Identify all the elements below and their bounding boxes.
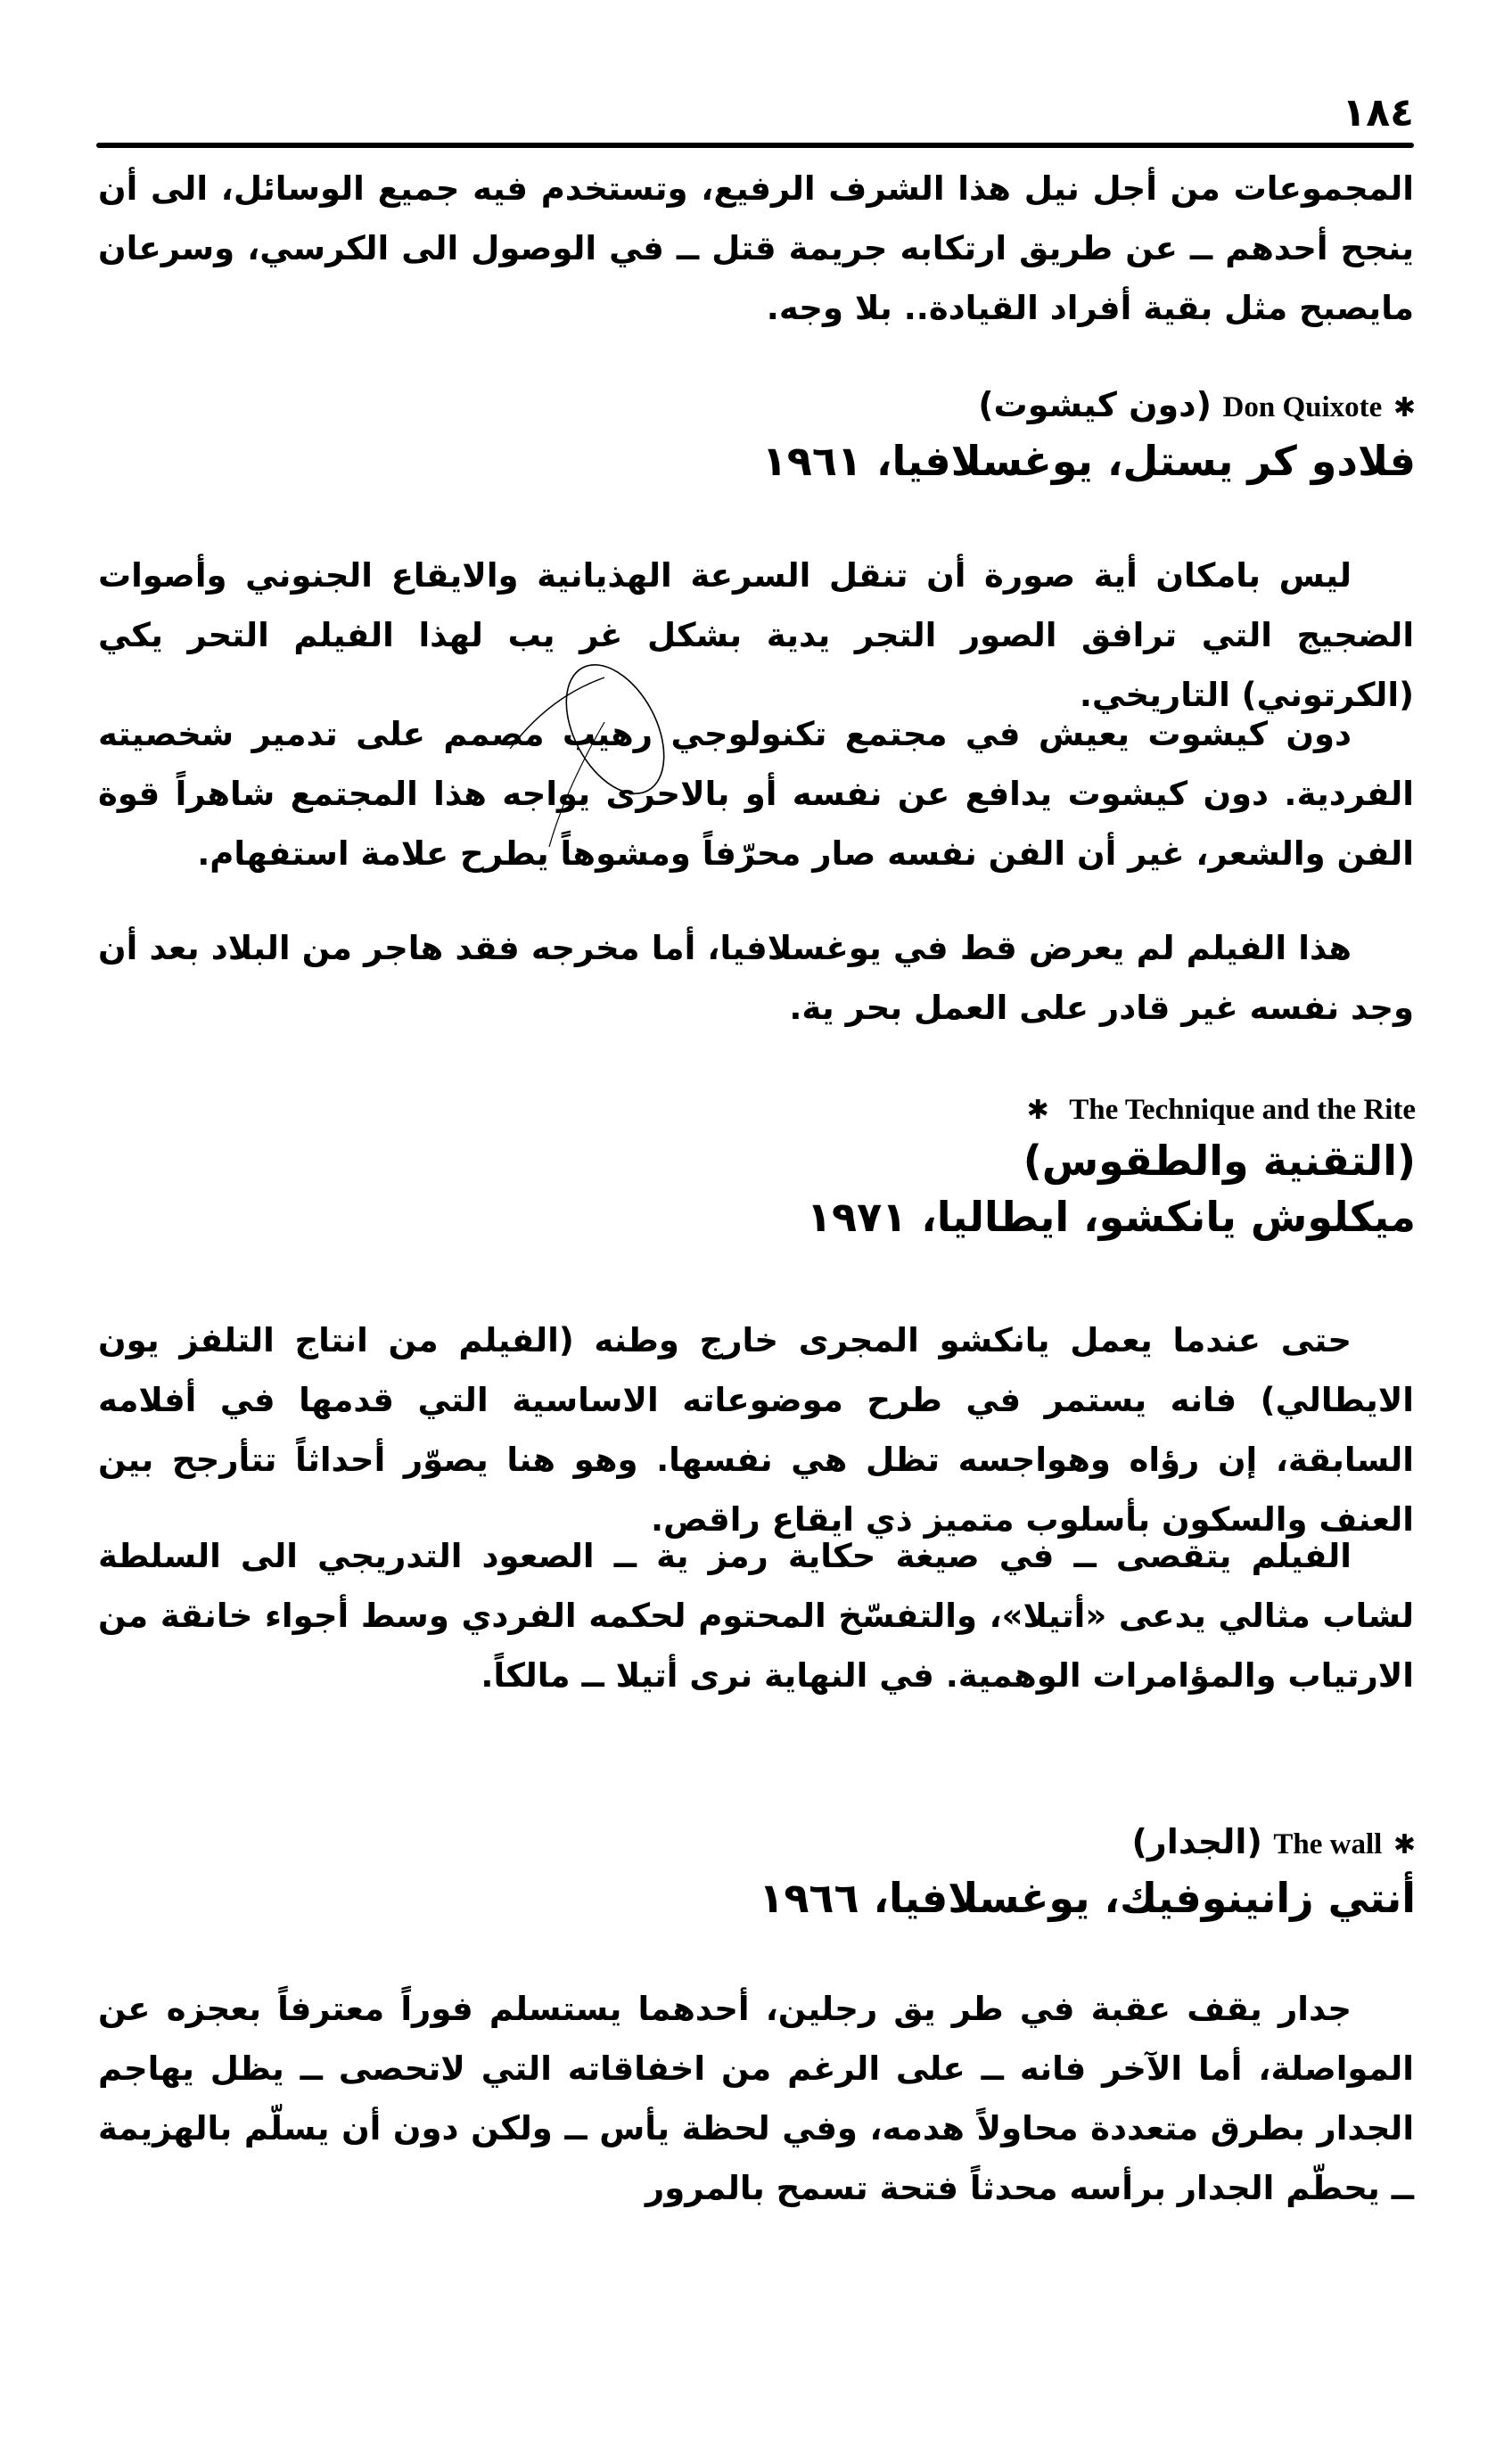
entry-paragraph-text: دون كيشوت يعيش في مجتمع تكنولوجي رهيب مص… xyxy=(98,715,1414,873)
entry-paragraph-text: الفيلم يتقصى ــ في صيغة حكاية رمز ية ــ … xyxy=(98,1537,1414,1695)
entry-title-arabic: (التقنية والطقوس) xyxy=(807,1134,1416,1187)
entry-credit: أنتي زانينوفيك، يوغسلافيا، ١٩٦٦ xyxy=(759,1868,1416,1927)
entry-paragraph-text: جدار يقف عقبة في طر يق رجلين، أحدهما يست… xyxy=(98,1990,1414,2207)
intro-block: المجموعات من أجل نيل هذا الشرف الرفيع، و… xyxy=(98,159,1414,338)
entry-title-arabic: (الجدار) xyxy=(1132,1822,1262,1861)
header-rule xyxy=(96,143,1414,148)
page-number: ١٨٤ xyxy=(1342,89,1414,137)
intro-paragraph: المجموعات من أجل نيل هذا الشرف الرفيع، و… xyxy=(98,159,1414,338)
entry-body-technique-rite-2: الفيلم يتقصى ــ في صيغة حكاية رمز ية ــ … xyxy=(98,1526,1414,1705)
asterisk-icon: ✱ xyxy=(1393,1822,1416,1868)
entry-heading-don-quixote: ✱ Don Quixote (دون كيشوت) فلادو كر يستل،… xyxy=(762,382,1416,490)
entry-paragraph: حتى عندما يعمل يانكشو المجرى خارج وطنه (… xyxy=(98,1310,1414,1549)
entry-paragraph-text: هذا الفيلم لم يعرض قط في يوغسلافيا، أما … xyxy=(98,929,1414,1027)
page-header: ١٨٤ xyxy=(96,89,1414,152)
entry-heading-the-wall: ✱ The wall (الجدار) أنتي زانينوفيك، يوغس… xyxy=(759,1819,1416,1927)
entry-title-english: The Technique and the Rite xyxy=(1069,1087,1416,1133)
entry-title-arabic: (دون كيشوت) xyxy=(978,385,1212,424)
entry-body-don-quixote-2: دون كيشوت يعيش في مجتمع تكنولوجي رهيب مص… xyxy=(98,704,1414,883)
entry-credit: ميكلوش يانكشو، ايطاليا، ١٩٧١ xyxy=(807,1187,1416,1246)
entry-title-english: Don Quixote xyxy=(1223,384,1383,431)
entry-paragraph: جدار يقف عقبة في طر يق رجلين، أحدهما يست… xyxy=(98,1979,1414,2218)
entry-body-technique-rite: حتى عندما يعمل يانكشو المجرى خارج وطنه (… xyxy=(98,1310,1414,1549)
entry-body-don-quixote-3: هذا الفيلم لم يعرض قط في يوغسلافيا، أما … xyxy=(98,918,1414,1038)
entry-title: The Technique and the Rite ✱ xyxy=(807,1086,1416,1134)
entry-paragraph: ليس بامكان أية صورة أن تنقل السرعة الهذي… xyxy=(98,546,1414,725)
entry-heading-technique-rite: The Technique and the Rite ✱ (التقنية وا… xyxy=(807,1086,1416,1246)
entry-paragraph-text: حتى عندما يعمل يانكشو المجرى خارج وطنه (… xyxy=(98,1321,1414,1539)
entry-paragraph: الفيلم يتقصى ــ في صيغة حكاية رمز ية ــ … xyxy=(98,1526,1414,1705)
book-page: ١٨٤ المجموعات من أجل نيل هذا الشرف الرفي… xyxy=(0,0,1512,2439)
entry-credit: فلادو كر يستل، يوغسلافيا، ١٩٦١ xyxy=(762,431,1416,490)
asterisk-icon: ✱ xyxy=(1393,385,1416,431)
entry-body-don-quixote: ليس بامكان أية صورة أن تنقل السرعة الهذي… xyxy=(98,546,1414,725)
entry-paragraph: دون كيشوت يعيش في مجتمع تكنولوجي رهيب مص… xyxy=(98,704,1414,883)
entry-title: ✱ The wall (الجدار) xyxy=(759,1819,1416,1868)
entry-title: ✱ Don Quixote (دون كيشوت) xyxy=(762,382,1416,431)
entry-paragraph: هذا الفيلم لم يعرض قط في يوغسلافيا، أما … xyxy=(98,918,1414,1038)
entry-body-the-wall: جدار يقف عقبة في طر يق رجلين، أحدهما يست… xyxy=(98,1979,1414,2218)
entry-title-english: The wall xyxy=(1273,1821,1382,1868)
asterisk-icon: ✱ xyxy=(1027,1088,1049,1134)
entry-paragraph-text: ليس بامكان أية صورة أن تنقل السرعة الهذي… xyxy=(98,556,1414,714)
